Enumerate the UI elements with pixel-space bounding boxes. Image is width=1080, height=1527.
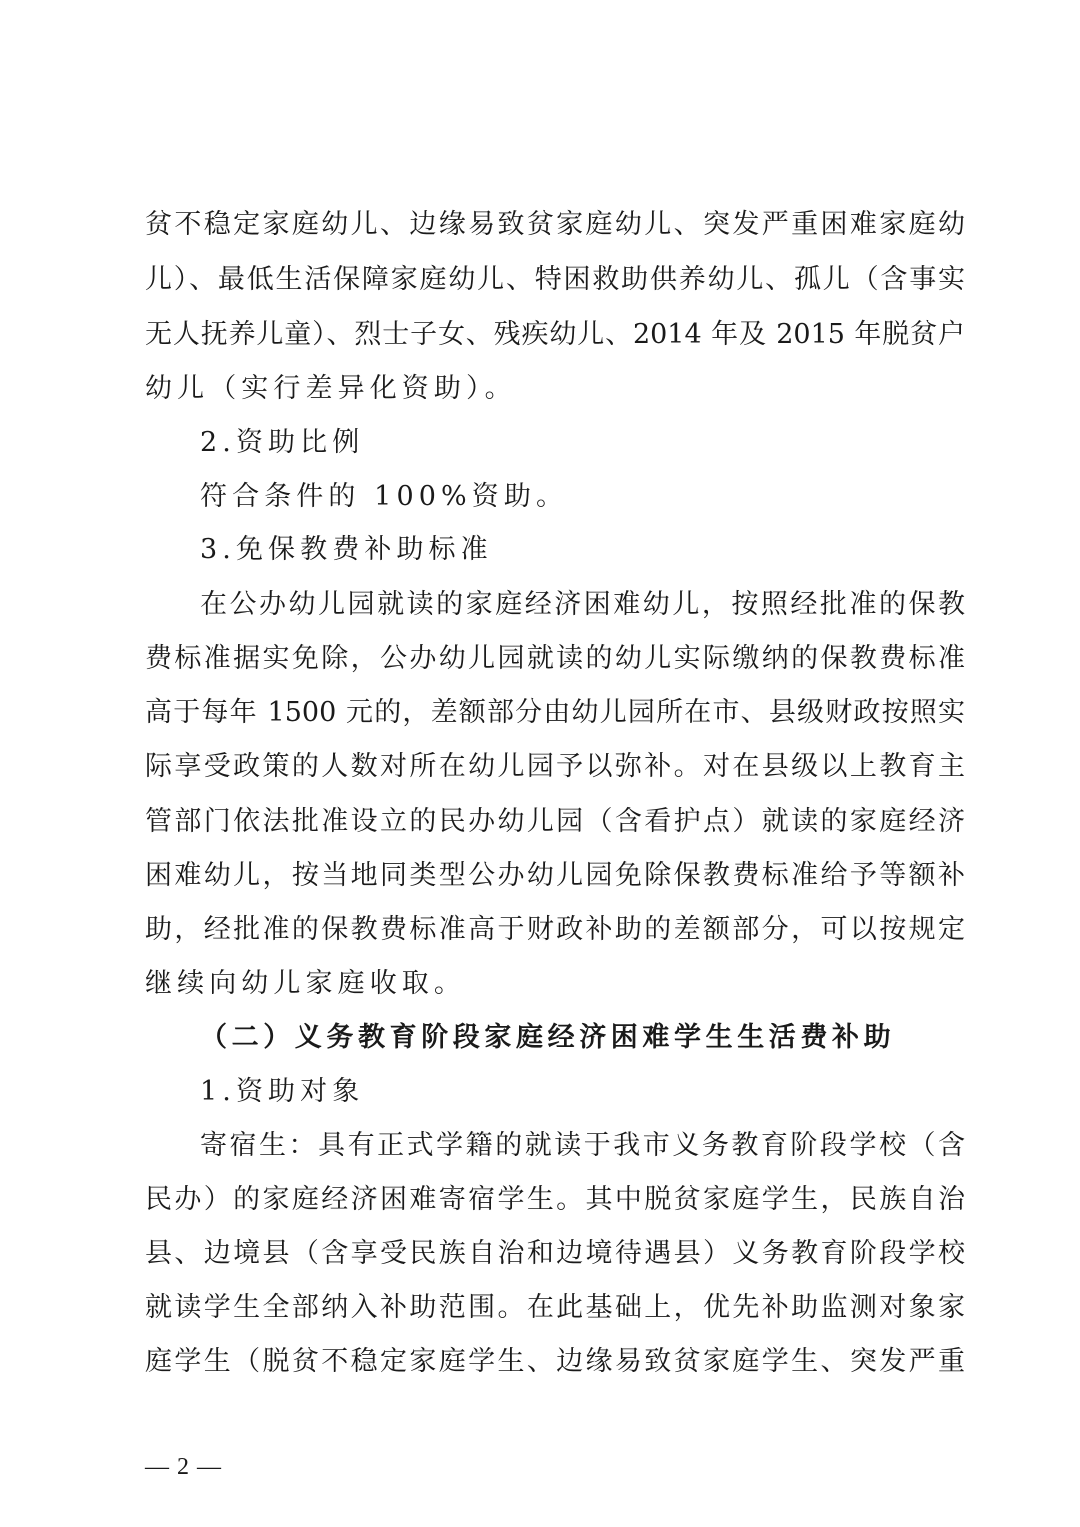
body-text-line: 庭学生（脱贫不稳定家庭学生、边缘易致贫家庭学生、突发严重 [145,1344,965,1380]
section-heading: （二）义务教育阶段家庭经济困难学生生活费补助 [200,1020,1020,1056]
body-text-line: 符合条件的 100%资助。 [200,479,1020,515]
body-text-line: 无人抚养儿童）、烈士子女、残疾幼儿、2014 年及 2015 年脱贫户 [145,317,965,353]
document-page: 贫不稳定家庭幼儿、边缘易致贫家庭幼儿、突发严重困难家庭幼 儿）、最低生活保障家庭… [0,0,1080,1527]
subsection-title-recipients: 1.资助对象 [200,1074,1020,1110]
body-text-line: 儿）、最低生活保障家庭幼儿、特困救助供养幼儿、孤儿（含事实 [145,262,965,298]
body-text-line: 管部门依法批准设立的民办幼儿园（含看护点）就读的家庭经济 [145,804,965,840]
body-text-line: 费标准据实免除，公办幼儿园就读的幼儿实际缴纳的保教费标准 [145,641,965,677]
body-text-line: 助，经批准的保教费标准高于财政补助的差额部分，可以按规定 [145,912,965,948]
body-text-line: 幼儿（实行差异化资助）。 [145,371,965,407]
body-text-line: 继续向幼儿家庭收取。 [145,966,965,1002]
paragraph-first-line: 在公办幼儿园就读的家庭经济困难幼儿，按照经批准的保教 [200,587,965,623]
body-text-line: 民办）的家庭经济困难寄宿学生。其中脱贫家庭学生，民族自治 [145,1182,965,1218]
body-text-line: 贫不稳定家庭幼儿、边缘易致贫家庭幼儿、突发严重困难家庭幼 [145,207,965,243]
body-text-line: 际享受政策的人数对所在幼儿园予以弥补。对在县级以上教育主 [145,749,965,785]
paragraph-first-line: 寄宿生：具有正式学籍的就读于我市义务教育阶段学校（含 [200,1128,965,1164]
subsection-title-funding-ratio: 2.资助比例 [200,425,1020,461]
body-text-line: 县、边境县（含享受民族自治和边境待遇县）义务教育阶段学校 [145,1236,965,1272]
page-number: — 2 — [145,1452,222,1482]
body-text-line: 高于每年 1500 元的，差额部分由幼儿园所在市、县级财政按照实 [145,695,965,731]
body-text-line: 困难幼儿，按当地同类型公办幼儿园免除保教费标准给予等额补 [145,858,965,894]
subsection-title-fee-standard: 3.免保教费补助标准 [200,532,1020,568]
body-text-line: 就读学生全部纳入补助范围。在此基础上，优先补助监测对象家 [145,1290,965,1326]
